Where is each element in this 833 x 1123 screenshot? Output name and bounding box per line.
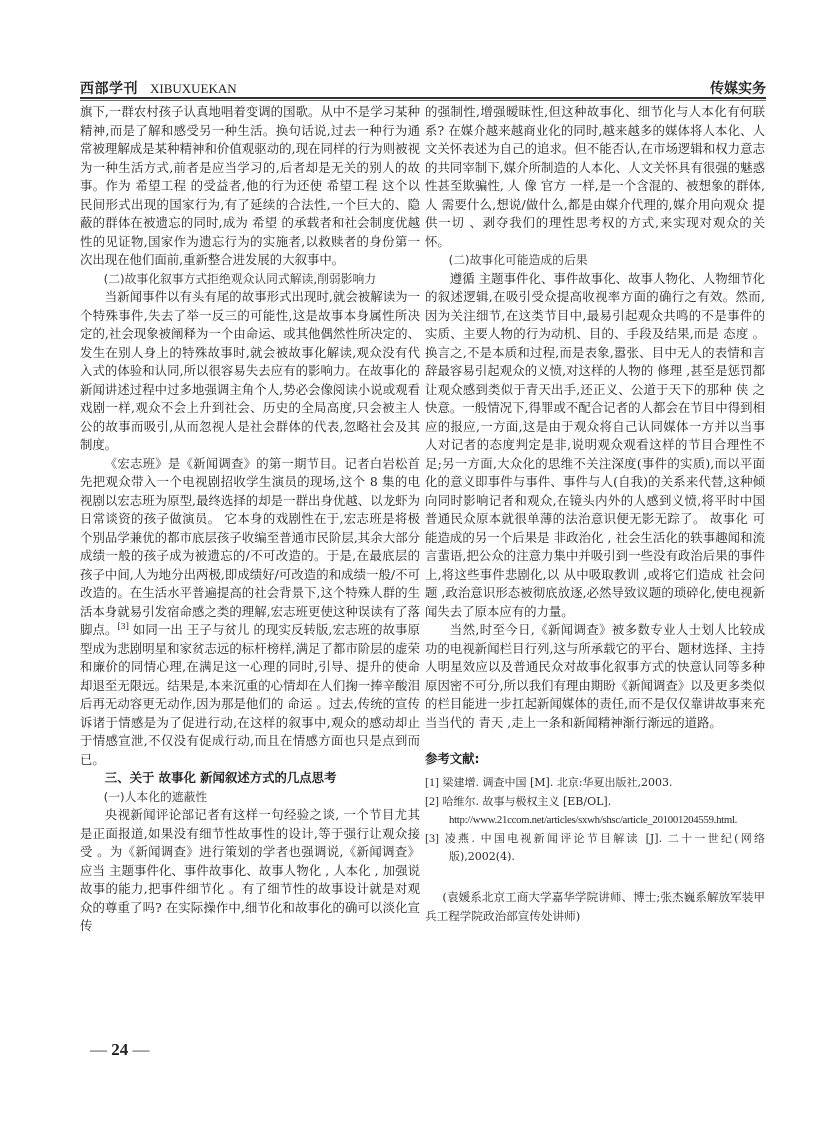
references-title: 参考文献: (425, 750, 765, 769)
reference-text: 哈维尔. 故事与极权主义 [EB/OL]. (443, 795, 612, 808)
reference-url[interactable]: http://www.21ccom.net/articles/sxwh/shsc… (449, 811, 765, 829)
citation-marker: [3] (118, 622, 129, 631)
page-number: — 24 — (90, 1040, 150, 1060)
reference-text: 梁建增. 调查中国 [M]. 北京:华夏出版社,2003. (443, 776, 673, 789)
page-number-dash: — (133, 1040, 150, 1059)
reference-number: [2] (425, 794, 439, 808)
reference-item: [3] 凌燕. 中国电视新闻评论节目解读 [J]. 二十一世纪(网络版),200… (425, 829, 765, 866)
reference-item: [1] 梁建增. 调查中国 [M]. 北京:华夏出版社,2003. (425, 773, 765, 792)
references: 参考文献: [1] 梁建增. 调查中国 [M]. 北京:华夏出版社,2003. … (425, 750, 765, 866)
paragraph-text: 《宏志班》是《新闻调查》的第一期节目。记者白岩松首先把观众带入一个电视剧招收学生… (80, 456, 420, 638)
right-column: 的强制性,增强暧昧性,但这种故事化、细节化与人本化有何联系? 在媒介越来越商业化… (425, 103, 765, 937)
journal-name-cn: 西部学刊 (80, 81, 138, 97)
paragraph: 遵循 主题事件化、事件故事化、故事人物化、人物细节化 的叙述逻辑,在吸引受众提高… (425, 270, 765, 622)
paragraph: 当然,时至今日,《新闻调查》被多数专业人士划人比较成功的电视新闻栏目行列,这与所… (425, 621, 765, 732)
page-number-value: 24 (111, 1040, 128, 1059)
reference-text: 凌燕. 中国电视新闻评论节目解读 [J]. 二十一世纪(网络版),2002(4)… (445, 832, 765, 863)
journal-name: 西部学刊XIBUXUEKAN (80, 78, 237, 98)
section-heading: 三、关于 故事化 新闻叙述方式的几点思考 (80, 769, 420, 788)
header-rule-thick (80, 97, 766, 99)
paragraph: 的强制性,增强暧昧性,但这种故事化、细节化与人本化有何联系? 在媒介越来越商业化… (425, 103, 765, 251)
paragraph-text: 如同一出 王子与贫儿 的现实反转版,宏志班的故事原型成为悲剧明星和家贫志远的标杆… (80, 622, 420, 767)
author-note: (袁媛系北京工商大学嘉华学院讲师、博士;张杰巍系解放军装甲兵工程学院政治部宣传处… (425, 888, 765, 926)
left-column: 旗下,一群农村孩子认真地唱着变调的国歌。从中不是学习某种精神,而是了解和感受另一… (80, 103, 420, 936)
paragraph: 央视新闻评论部记者有这样一句经验之谈, 一个节目尤其是正面报道,如果没有细节性故… (80, 806, 420, 936)
section-label: 传媒实务 (710, 78, 766, 98)
page-number-dash: — (90, 1040, 107, 1059)
paragraph: 当新闻事件以有头有尾的故事形式出现时,就会被解读为一个特殊事件,失去了举一反三的… (80, 288, 420, 455)
paragraph: 旗下,一群农村孩子认真地唱着变调的国歌。从中不是学习某种精神,而是了解和感受另一… (80, 103, 420, 270)
subsection-heading: (二)故事化可能造成的后果 (425, 251, 765, 270)
reference-number: [3] (425, 831, 439, 845)
journal-name-latin: XIBUXUEKAN (150, 81, 237, 96)
reference-item: [2] 哈维尔. 故事与极权主义 [EB/OL].http://www.21cc… (425, 792, 765, 829)
header-rule-thin (80, 100, 766, 101)
subsection-heading: (二)故事化叙事方式拒绝观众认同式解读,削弱影响力 (80, 270, 420, 289)
paragraph: 《宏志班》是《新闻调查》的第一期节目。记者白岩松首先把观众带入一个电视剧招收学生… (80, 455, 420, 770)
subsection-heading: (一)人本化的遮蔽性 (80, 788, 420, 807)
reference-number: [1] (425, 775, 439, 789)
